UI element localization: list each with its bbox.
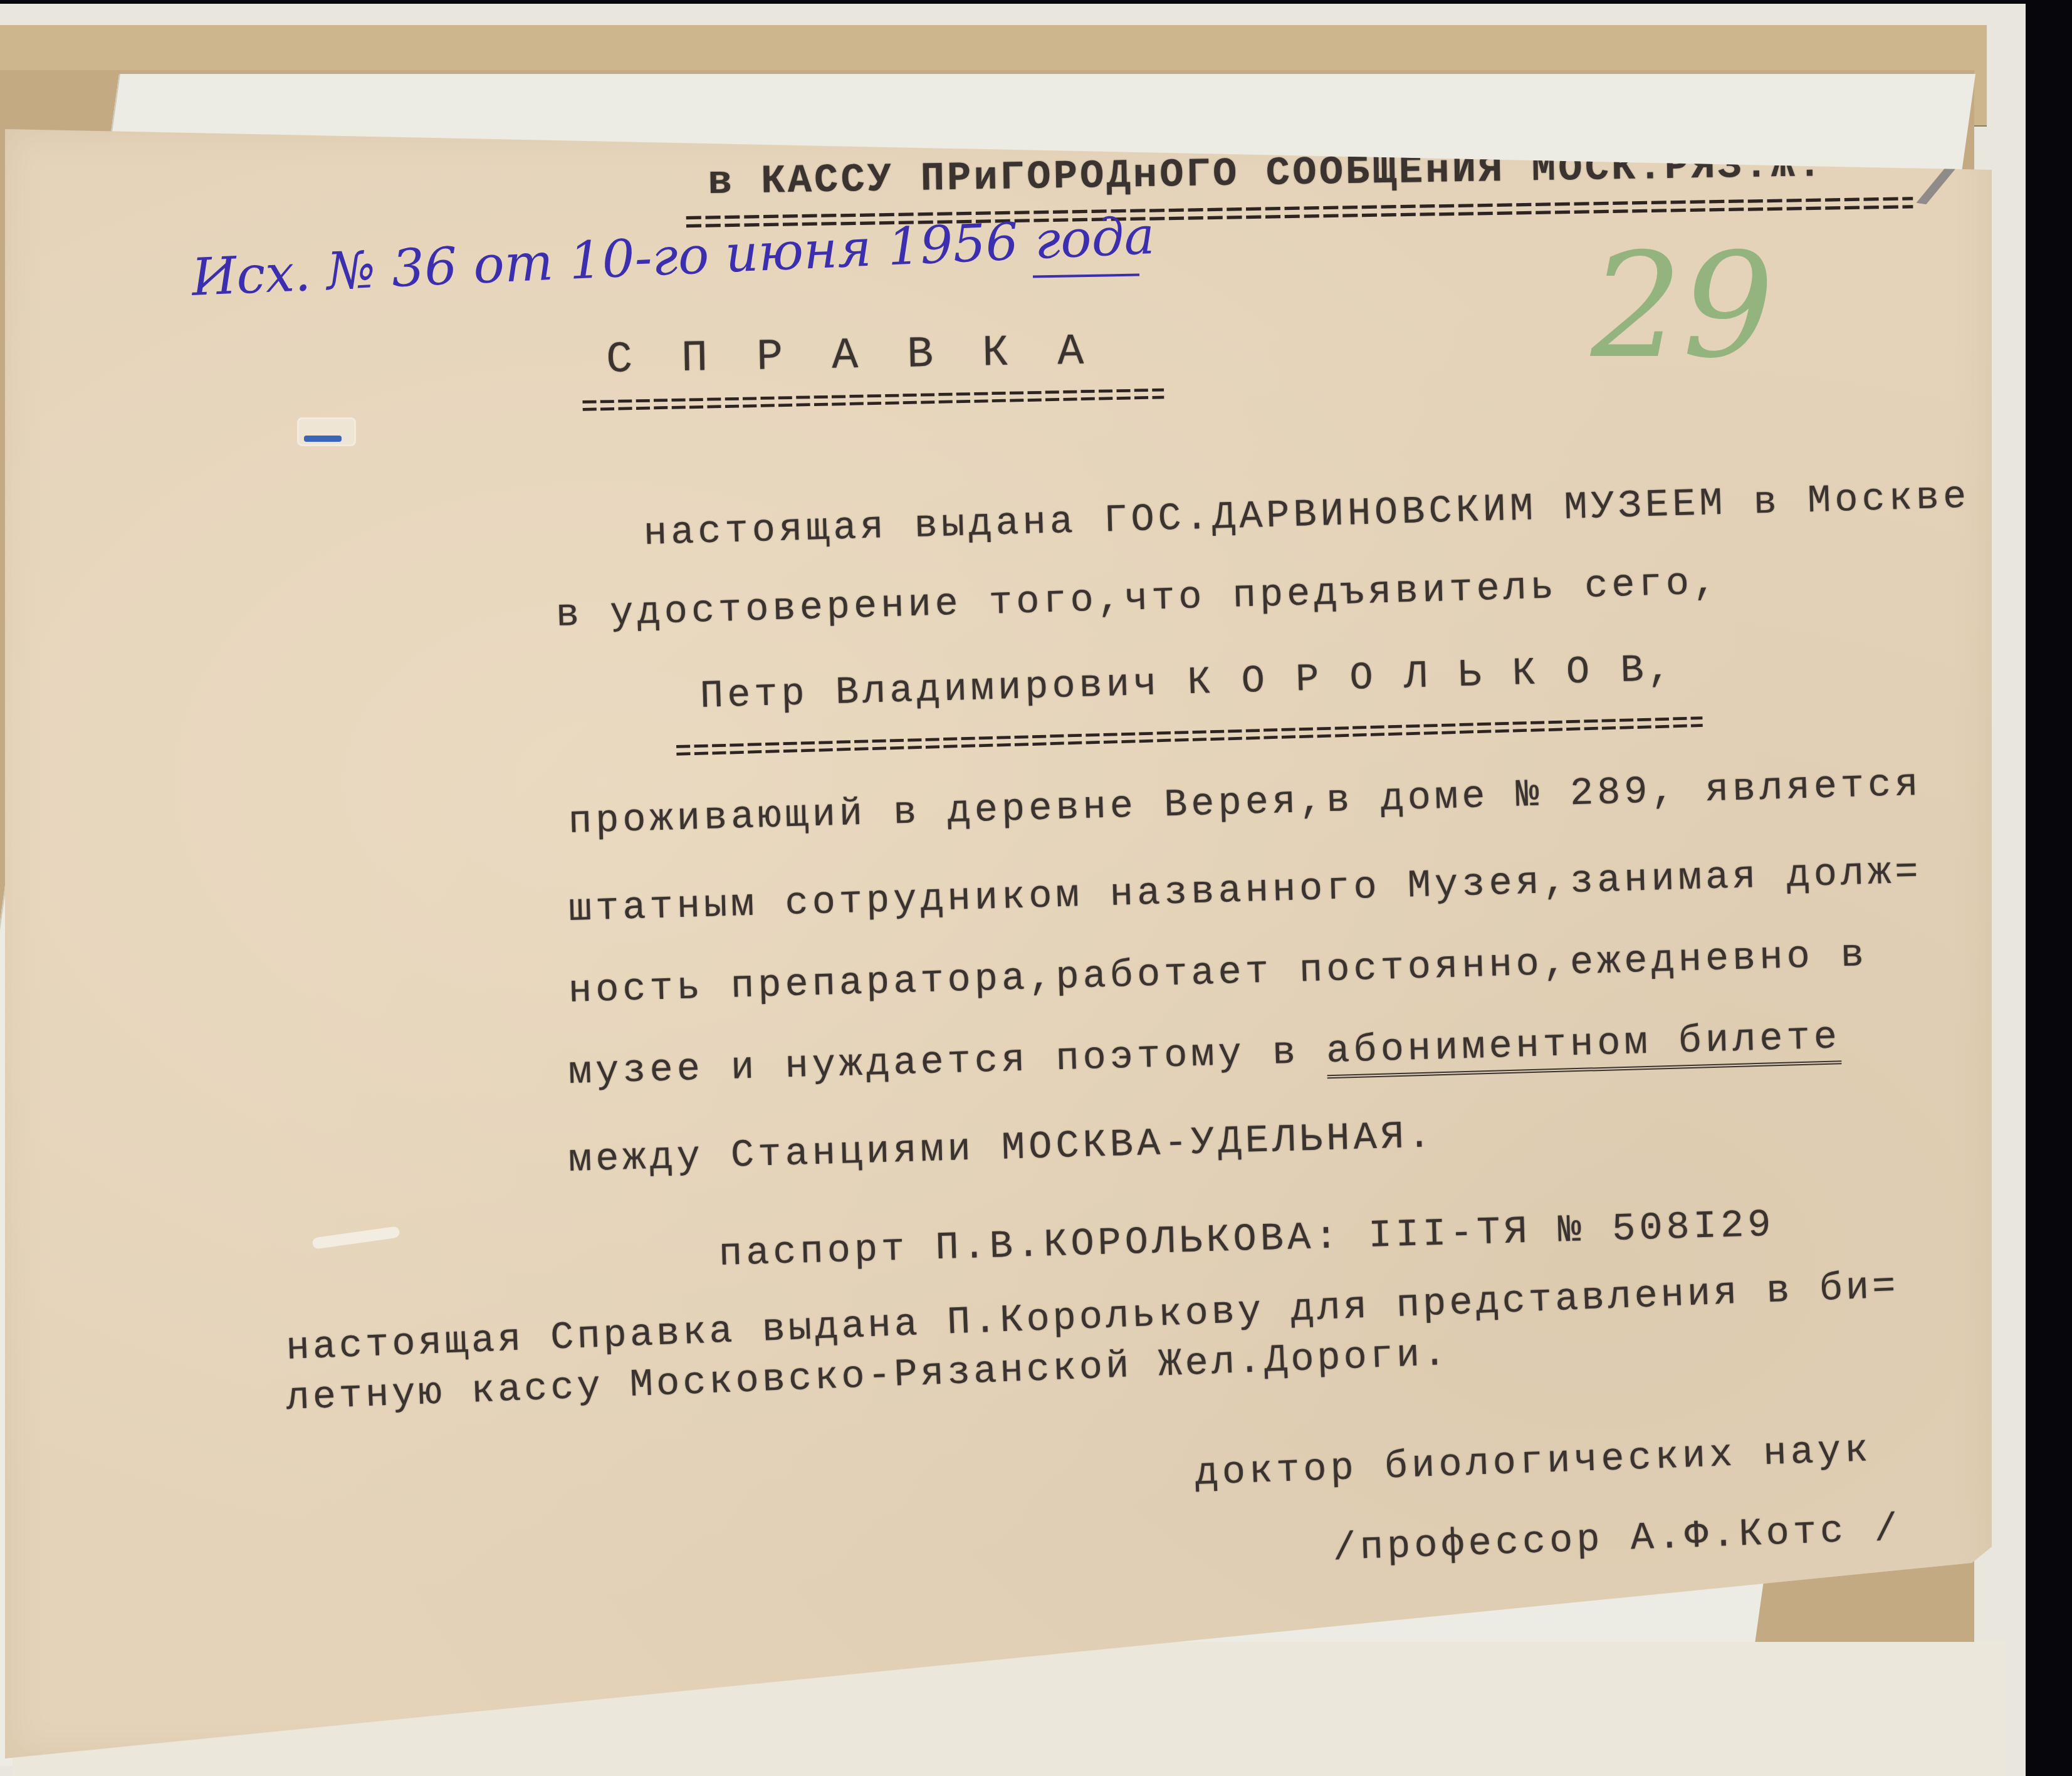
green-folio-number: 29 (1591, 223, 1774, 390)
certificate-sheet: в КАССУ ПРиГОРОДнОГО СООБЩЕнИЯ МОСК.РЯЗ.… (5, 129, 1992, 1758)
document-title: С П Р А В К А (606, 327, 1096, 385)
punched-hole-upper (297, 417, 356, 446)
hole-blue-mark (304, 436, 342, 442)
